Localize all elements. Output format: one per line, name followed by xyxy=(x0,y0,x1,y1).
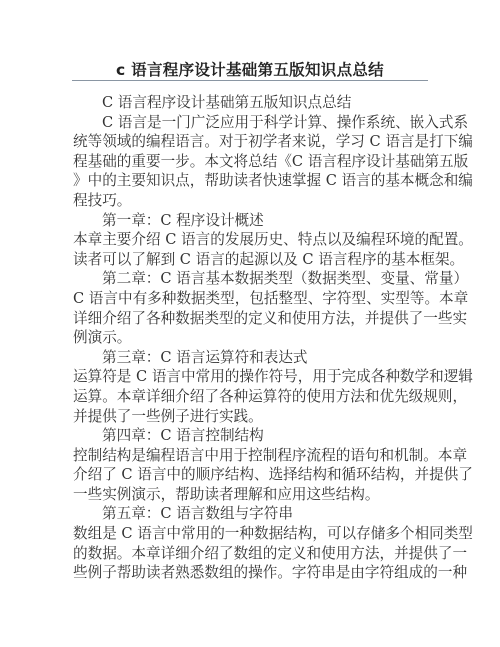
text-line: 本章主要介绍 C 语言的发展历史、特点以及编程环境的配置。 xyxy=(73,230,429,250)
text-line: C 语言程序设计基础第五版知识点总结 xyxy=(73,93,429,113)
text-line: 的数据。本章详细介绍了数组的定义和使用方法，并提供了一 xyxy=(73,544,429,564)
text-line: 程基础的重要一步。本文将总结《C 语言程序设计基础第五版 xyxy=(73,152,429,172)
text-line: 介绍了 C 语言中的顺序结构、选择结构和循环结构，并提供了 xyxy=(73,465,429,485)
text-line: 程技巧。 xyxy=(73,191,429,211)
text-line: C 语言中有多种数据类型，包括整型、字符型、实型等。本章 xyxy=(73,289,429,309)
title-divider xyxy=(72,80,428,81)
document-body: C 语言程序设计基础第五版知识点总结 C 语言是一门广泛应用于科学计算、操作系统… xyxy=(73,93,429,583)
text-line: 统等领域的编程语言。对于初学者来说，学习 C 语言是打下编 xyxy=(73,132,429,152)
text-line: 读者可以了解到 C 语言的起源以及 C 语言程序的基本框架。 xyxy=(73,250,429,270)
text-line: 》中的主要知识点，帮助读者快速掌握 C 语言的基本概念和编 xyxy=(73,171,429,191)
text-line: 运算。本章详细介绍了各种运算符的使用方法和优先级规则， xyxy=(73,387,429,407)
chapter-heading: 第五章：C 语言数组与字符串 xyxy=(73,504,429,524)
text-line: 详细介绍了各种数据类型的定义和使用方法，并提供了一些实 xyxy=(73,309,429,329)
text-line: 一些实例演示，帮助读者理解和应用这些结构。 xyxy=(73,485,429,505)
text-line: 数组是 C 语言中常用的一种数据结构，可以存储多个相同类型 xyxy=(73,524,429,544)
text-line: 些例子帮助读者熟悉数组的操作。字符串是由字符组成的一种 xyxy=(73,563,429,583)
text-line: 并提供了一些例子进行实践。 xyxy=(73,407,429,427)
text-line: C 语言是一门广泛应用于科学计算、操作系统、嵌入式系 xyxy=(73,113,429,133)
page-title: c 语言程序设计基础第五版知识点总结 xyxy=(0,58,500,80)
chapter-heading: 第二章：C 语言基本数据类型（数据类型、变量、常量） xyxy=(73,269,429,289)
chapter-heading: 第四章：C 语言控制结构 xyxy=(73,426,429,446)
chapter-heading: 第三章：C 语言运算符和表达式 xyxy=(73,348,429,368)
text-line: 例演示。 xyxy=(73,328,429,348)
text-line: 控制结构是编程语言中用于控制程序流程的语句和机制。本章 xyxy=(73,446,429,466)
text-line: 运算符是 C 语言中常用的操作符号，用于完成各种数学和逻辑 xyxy=(73,367,429,387)
chapter-heading: 第一章：C 程序设计概述 xyxy=(73,211,429,231)
